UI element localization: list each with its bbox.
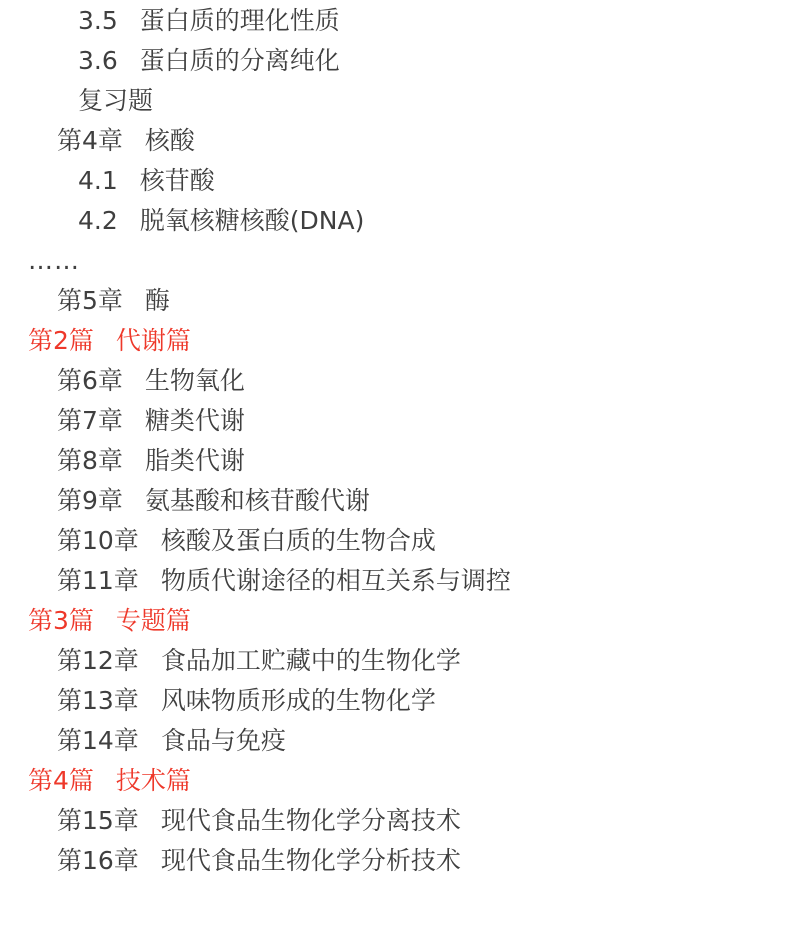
toc-entry-number: 3.5 (78, 1, 118, 41)
toc-entry-title: 复习题 (78, 81, 153, 121)
toc-entry: 第5章酶 (0, 281, 790, 321)
toc-entry-number: 第4章 (57, 121, 123, 161)
toc-entry-title: 酶 (145, 281, 170, 321)
toc-entry-title: 现代食品生物化学分析技术 (161, 841, 461, 881)
toc-entry: 3.5蛋白质的理化性质 (0, 1, 790, 41)
toc-entry-title: …… (28, 241, 80, 281)
toc-entry: 3.6蛋白质的分离纯化 (0, 41, 790, 81)
toc-entry: 第11章物质代谢途径的相互关系与调控 (0, 561, 790, 601)
toc-entry-title: 现代食品生物化学分离技术 (161, 801, 461, 841)
toc-entry-number: 第7章 (57, 401, 123, 441)
toc-page: 3.5蛋白质的理化性质3.6蛋白质的分离纯化复习题第4章核酸4.1核苷酸4.2脱… (0, 0, 790, 937)
toc-entry-number: 第2篇 (28, 321, 94, 361)
toc-entry: 第15章现代食品生物化学分离技术 (0, 801, 790, 841)
toc-entry-title: 核苷酸 (140, 161, 215, 201)
toc-entry-number: 4.2 (78, 201, 118, 241)
toc-entry-number: 第13章 (57, 681, 139, 721)
toc-entry-title: 专题篇 (116, 601, 191, 641)
toc-entry-title: 食品加工贮藏中的生物化学 (161, 641, 461, 681)
toc-entry-number: 3.6 (78, 41, 118, 81)
toc-entry: 第13章风味物质形成的生物化学 (0, 681, 790, 721)
toc-entry: 第14章食品与免疫 (0, 721, 790, 761)
toc-entry-number: 第16章 (57, 841, 139, 881)
toc-entry-title: 核酸 (145, 121, 195, 161)
toc-entry-title: 蛋白质的理化性质 (140, 1, 340, 41)
toc-entry: 第16章现代食品生物化学分析技术 (0, 841, 790, 881)
toc-entry-title: 脱氧核糖核酸(DNA) (140, 201, 365, 241)
toc-entry-number: 第12章 (57, 641, 139, 681)
toc-entry-title: 技术篇 (116, 761, 191, 801)
toc-entry-title: 代谢篇 (116, 321, 191, 361)
toc-part-heading: 第4篇技术篇 (0, 761, 790, 801)
toc-entry: 第7章糖类代谢 (0, 401, 790, 441)
toc-entry: 第8章脂类代谢 (0, 441, 790, 481)
toc-entry-number: 第3篇 (28, 601, 94, 641)
toc-entry-number: 第8章 (57, 441, 123, 481)
toc-list: 3.5蛋白质的理化性质3.6蛋白质的分离纯化复习题第4章核酸4.1核苷酸4.2脱… (0, 1, 790, 881)
toc-entry-number: 第10章 (57, 521, 139, 561)
toc-entry-title: 生物氧化 (145, 361, 245, 401)
toc-entry-title: 物质代谢途径的相互关系与调控 (161, 561, 511, 601)
toc-entry: 第12章食品加工贮藏中的生物化学 (0, 641, 790, 681)
toc-entry-title: 脂类代谢 (145, 441, 245, 481)
toc-entry-number: 第5章 (57, 281, 123, 321)
toc-entry: 第10章核酸及蛋白质的生物合成 (0, 521, 790, 561)
toc-entry: 第6章生物氧化 (0, 361, 790, 401)
toc-entry-title: 风味物质形成的生物化学 (161, 681, 436, 721)
toc-entry: 4.1核苷酸 (0, 161, 790, 201)
toc-entry: 第9章氨基酸和核苷酸代谢 (0, 481, 790, 521)
toc-entry-number: 第14章 (57, 721, 139, 761)
toc-entry-number: 4.1 (78, 161, 118, 201)
toc-entry-number: 第11章 (57, 561, 139, 601)
toc-ellipsis-row: …… (0, 241, 790, 281)
toc-entry-title: 蛋白质的分离纯化 (140, 41, 340, 81)
toc-entry-title: 糖类代谢 (145, 401, 245, 441)
toc-entry-title: 核酸及蛋白质的生物合成 (161, 521, 436, 561)
toc-entry: 复习题 (0, 81, 790, 121)
toc-entry-number: 第9章 (57, 481, 123, 521)
toc-entry-title: 氨基酸和核苷酸代谢 (145, 481, 370, 521)
toc-entry-title: 食品与免疫 (161, 721, 286, 761)
toc-part-heading: 第3篇专题篇 (0, 601, 790, 641)
toc-entry-number: 第15章 (57, 801, 139, 841)
toc-entry: 4.2脱氧核糖核酸(DNA) (0, 201, 790, 241)
toc-entry: 第4章核酸 (0, 121, 790, 161)
toc-entry-number: 第6章 (57, 361, 123, 401)
toc-part-heading: 第2篇代谢篇 (0, 321, 790, 361)
toc-entry-number: 第4篇 (28, 761, 94, 801)
